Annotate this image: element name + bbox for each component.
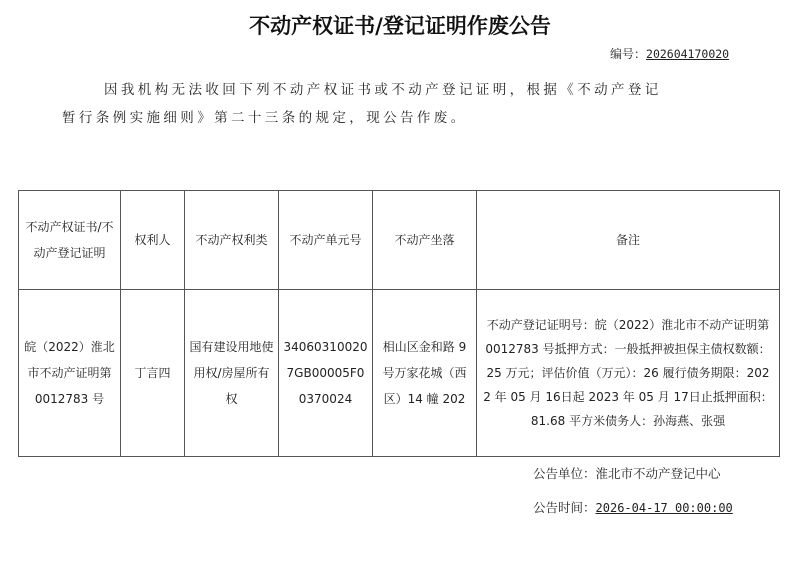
table-header-row: 不动产权证书/不动产登记证明 权利人 不动产权利类 不动产单元号 不动产坐落 备…	[19, 191, 780, 290]
issuing-unit-label: 公告单位：	[533, 466, 596, 481]
header-unit-no: 不动产单元号	[279, 191, 373, 290]
header-certificate: 不动产权证书/不动产登记证明	[19, 191, 121, 290]
cell-remark: 不动产登记证明号：皖（2022）淮北市不动产证明第 0012783 号抵押方式：…	[477, 290, 780, 457]
notice-time-label: 公告时间：	[533, 500, 596, 515]
void-notice-table: 不动产权证书/不动产登记证明 权利人 不动产权利类 不动产单元号 不动产坐落 备…	[18, 190, 780, 457]
cell-holder: 丁言四	[121, 290, 185, 457]
cell-certificate: 皖（2022）淮北市不动产证明第 0012783 号	[19, 290, 121, 457]
issuing-unit: 公告单位：淮北市不动产登记中心	[533, 464, 721, 482]
issuing-unit-value: 淮北市不动产登记中心	[596, 466, 721, 481]
header-location: 不动产坐落	[373, 191, 477, 290]
page-title: 不动产权证书/登记证明作废公告	[0, 10, 800, 40]
header-holder: 权利人	[121, 191, 185, 290]
intro-paragraph: 因我机构无法收回下列不动产权证书或不动产登记证明，根据《不动产登记 暂行条例实施…	[62, 76, 742, 132]
cell-unit-no: 340603100207GB00005F00370024	[279, 290, 373, 457]
notice-time: 公告时间：2026-04-17 00:00:00	[533, 498, 733, 516]
notice-time-value: 2026-04-17 00:00:00	[596, 501, 733, 515]
cell-right-type: 国有建设用地使用权/房屋所有权	[185, 290, 279, 457]
intro-line-2: 暂行条例实施细则》第二十三条的规定，现公告作废。	[62, 110, 468, 126]
header-remark: 备注	[477, 191, 780, 290]
header-right-type: 不动产权利类	[185, 191, 279, 290]
intro-line-1: 因我机构无法收回下列不动产权证书或不动产登记证明，根据《不动产登记	[104, 82, 662, 98]
serial-value: 202604170020	[646, 47, 729, 61]
cell-location: 相山区金和路 9 号万家花城（西区）14 幢 202	[373, 290, 477, 457]
serial-number: 编号：202604170020	[610, 45, 729, 62]
serial-label: 编号：	[610, 47, 646, 61]
table-row: 皖（2022）淮北市不动产证明第 0012783 号 丁言四 国有建设用地使用权…	[19, 290, 780, 457]
